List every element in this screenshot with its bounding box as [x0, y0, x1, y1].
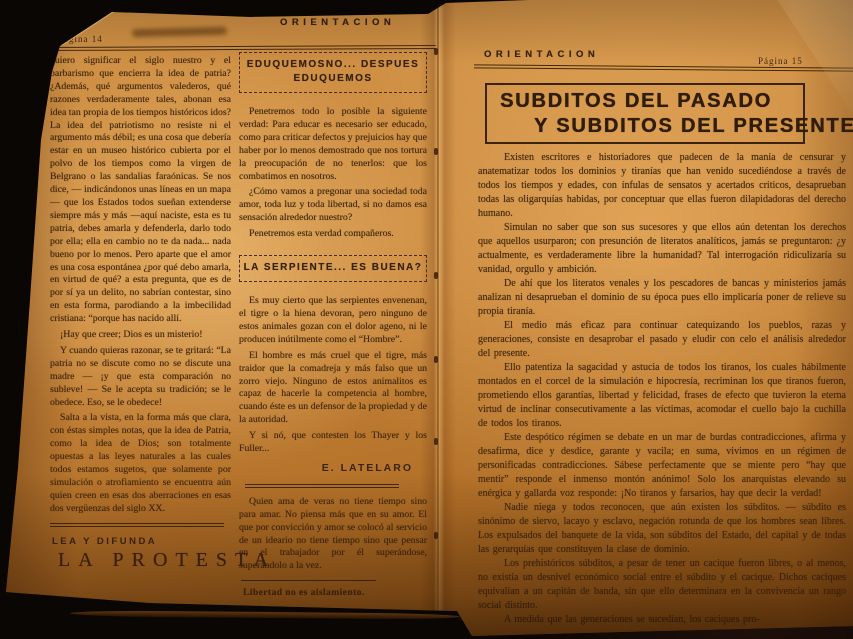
page-curl-edge [70, 610, 460, 619]
article-paragraph: ¿Cómo vamos a pregonar una sociedad toda… [239, 186, 427, 225]
box-title-line-1: EDUQUEMOSNO... DESPUES [243, 58, 423, 72]
headline-line-2: Y SUBDITOS DEL PRESENTE [534, 114, 803, 139]
publication-title-la-protesta: LA PROTESTA [58, 554, 231, 567]
article-paragraph: Quien ama de veras no tiene tiempo sino … [239, 496, 427, 573]
binding-stitch [434, 48, 438, 55]
article-paragraph: Simulan no saber que son sus sucesores y… [478, 221, 846, 277]
section-divider-rule [245, 484, 399, 488]
page-right: ORIENTACION Página 15 SUBDITOS DEL PASAD… [438, 0, 853, 639]
section-divider-rule [241, 580, 376, 581]
article-paragraph: A medida que las generaciones se sucedía… [478, 613, 846, 627]
article-paragraph: quiero significar el siglo nuestro y el … [50, 55, 231, 326]
footer-lead-in: LEA Y DIFUNDA [52, 536, 231, 549]
article-paragraph: De ahí que los literatos venales y los p… [478, 277, 846, 319]
article-paragraph: Penetremos todo lo posible la siguiente … [239, 106, 427, 183]
article-paragraph: Salta a la vista, en la forma más que cl… [50, 412, 231, 515]
fold-crease-line [437, 0, 439, 639]
motto-line: Libertad no es aislamiento. [243, 587, 427, 600]
headline-line-1: SUBDITOS DEL PASADO [500, 89, 803, 114]
box-title: LA SERPIENTE... ES BUENA? [243, 261, 423, 275]
page-number-right: Página 15 [758, 56, 803, 66]
page-left: Página 14 ORIENTACION quiero significar … [36, 10, 438, 610]
paper-spread: Página 14 ORIENTACION quiero significar … [0, 0, 853, 639]
column-2: EDUQUEMOSNO... DESPUES EDUQUEMOS Penetre… [239, 52, 427, 600]
article-paragraph: Existen escritores e historiadores que p… [478, 151, 846, 221]
section-divider-rule [50, 523, 224, 527]
binding-stitch [434, 272, 438, 279]
page-number-left: Página 14 [58, 34, 103, 44]
masthead-left: ORIENTACION [280, 17, 395, 28]
headline-box: SUBDITOS DEL PASADO Y SUBDITOS DEL PRESE… [485, 83, 805, 144]
article-body: Existen escritores e historiadores que p… [478, 151, 846, 627]
binding-stitch [434, 148, 438, 155]
binding-stitch [434, 356, 438, 363]
binding-stitch [434, 438, 438, 445]
article-paragraph: Y cuando quieras razonar, se te gritará:… [50, 345, 231, 410]
masthead-right: ORIENTACION [484, 49, 599, 60]
photo-of-newspaper-spread: Página 14 ORIENTACION quiero significar … [0, 0, 853, 639]
article-paragraph: Este despótico régimen se debate en un m… [478, 431, 846, 501]
article-paragraph: Nadie niega y todos reconocen, que aún e… [478, 501, 846, 557]
serpiente-box: LA SERPIENTE... ES BUENA? [239, 255, 427, 282]
header-rule-left [40, 45, 436, 51]
binding-stitch [434, 532, 438, 539]
article-paragraph: El medio más eficaz para continuar cateq… [478, 319, 846, 361]
eduquemosno-box: EDUQUEMOSNO... DESPUES EDUQUEMOS [239, 52, 427, 93]
article-paragraph: ¡Hay que creer; Dios es un misterio! [50, 329, 231, 342]
box-title-line-2: EDUQUEMOS [243, 72, 423, 86]
column-1: quiero significar el siglo nuestro y el … [50, 55, 231, 567]
article-paragraph: Es muy cierto que las serpientes envenen… [239, 295, 427, 347]
article-paragraph: Ello patentiza la sagacidad y astucia de… [478, 361, 846, 431]
article-paragraph: El hombre es más cruel que el tigre, más… [239, 350, 427, 427]
author-signature: E. LATELARO [239, 462, 413, 475]
article-paragraph: Los prehistóricos súbditos, a pesar de t… [478, 557, 846, 613]
article-paragraph: Y si nó, que contesten los Thayer y los … [239, 430, 427, 456]
article-paragraph: Penetremos esta verdad compañeros. [239, 228, 427, 241]
